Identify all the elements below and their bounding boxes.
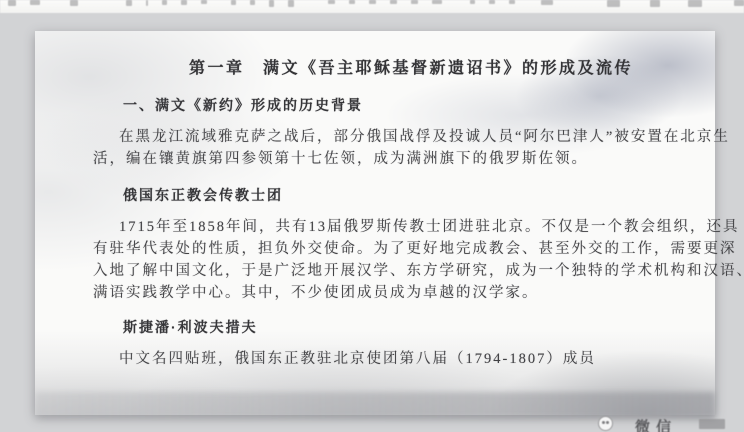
toolbar-icon-fragment[interactable] xyxy=(470,0,475,4)
toolbar-icon-fragment[interactable] xyxy=(269,0,274,7)
toolbar-icon-fragment[interactable] xyxy=(162,0,167,5)
text-line: 在黑龙江流域雅克萨之战后，部分俄国战俘及投诚人员“阿尔巴津人”被安置在北京生 xyxy=(93,126,729,148)
toolbar-icon-fragment[interactable] xyxy=(411,0,418,4)
toolbar-icon-fragment[interactable] xyxy=(146,0,148,6)
chapter-title: 第一章 满文《吾主耶稣基督新遗诏书》的形成及流传 xyxy=(93,55,729,78)
toolbar-icon-fragment[interactable] xyxy=(126,0,131,6)
toolbar-icon-fragment[interactable] xyxy=(607,0,620,7)
app-toolbar xyxy=(0,0,744,13)
screenshot-root: 第一章 满文《吾主耶稣基督新遗诏书》的形成及流传 一、满文《新约》形成的历史背景… xyxy=(0,0,744,432)
watermark-glyph-fragment xyxy=(699,419,725,429)
text-line: 中文名四贴班，俄国东正教驻北京使团第八届（1794-1807）成员 xyxy=(93,348,729,370)
text-line: 活，编在镶黄旗第四参领第十七佐领，成为满洲旗下的俄罗斯佐领。 xyxy=(93,148,729,170)
toolbar-icon-fragment[interactable] xyxy=(734,0,744,6)
toolbar-icon-fragment[interactable] xyxy=(650,0,660,7)
watermark-logo-icon xyxy=(598,416,613,431)
text-line: 满语实践教学中心。其中，不少使团成员成为卓越的汉学家。 xyxy=(93,282,729,304)
text-line: 1715年至1858年间，共有13届俄罗斯传教士团进驻北京。不仅是一个教会组织，… xyxy=(93,216,729,238)
paragraph-1: 在黑龙江流域雅克萨之战后，部分俄国战俘及投诚人员“阿尔巴津人”被安置在北京生 活… xyxy=(93,126,729,170)
watermark: 微信 xyxy=(598,416,725,432)
document-content: 第一章 满文《吾主耶稣基督新遗诏书》的形成及流传 一、满文《新约》形成的历史背景… xyxy=(93,31,729,370)
toolbar-icon-fragment[interactable] xyxy=(541,0,553,5)
text-line: 有驻华代表处的性质，担负外交使命。为了更好地完成教会、甚至外交的工作，需要更深 xyxy=(93,238,729,260)
toolbar-icon-fragment[interactable] xyxy=(8,0,16,6)
watermark-label: 微信 xyxy=(635,416,677,432)
toolbar-icon-fragment[interactable] xyxy=(509,0,516,4)
paragraph-3: 中文名四贴班，俄国东正教驻北京使团第八届（1794-1807）成员 xyxy=(93,348,729,370)
toolbar-icon-fragment[interactable] xyxy=(288,0,294,7)
document-page: 第一章 满文《吾主耶稣基督新遗诏书》的形成及流传 一、满文《新约》形成的历史背景… xyxy=(35,31,715,415)
toolbar-icon-fragment[interactable] xyxy=(201,0,207,4)
section-heading-3: 斯捷潘·利波夫措夫 xyxy=(123,317,729,337)
section-heading-2: 俄国东正教会传教士团 xyxy=(123,185,729,205)
toolbar-icon-fragment[interactable] xyxy=(30,0,40,5)
text-line: 入地了解中国文化，于是广泛地开展汉学、东方学研究，成为一个独特的学术机构和汉语、 xyxy=(93,260,729,282)
section-heading-1: 一、满文《新约》形成的历史背景 xyxy=(123,95,729,115)
paragraph-2: 1715年至1858年间，共有13届俄罗斯传教士团进驻北京。不仅是一个教会组织，… xyxy=(93,216,729,304)
toolbar-icon-fragment[interactable] xyxy=(181,0,186,5)
toolbar-icon-fragment[interactable] xyxy=(250,0,255,5)
toolbar-icon-fragment[interactable] xyxy=(349,0,356,4)
toolbar-icon-fragment[interactable] xyxy=(231,0,236,5)
toolbar-icon-fragment[interactable] xyxy=(328,0,335,4)
toolbar-icon-fragment[interactable] xyxy=(688,0,703,7)
toolbar-icon-fragment[interactable] xyxy=(390,0,397,4)
page-bottom-shadow xyxy=(35,392,715,418)
toolbar-icon-fragment[interactable] xyxy=(369,0,376,4)
toolbar-icon-fragment[interactable] xyxy=(432,0,442,4)
toolbar-icon-fragment[interactable] xyxy=(489,0,494,4)
toolbar-icon-fragment[interactable] xyxy=(70,0,78,6)
